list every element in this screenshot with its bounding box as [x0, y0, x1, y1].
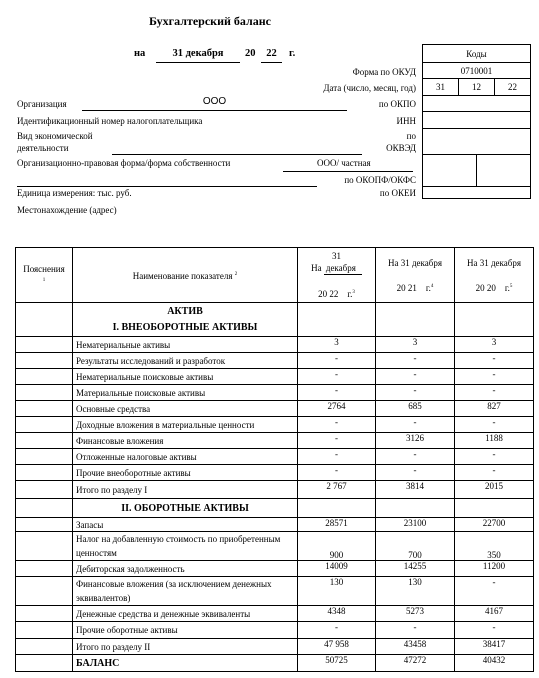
- okpo-label: по ОКПО: [379, 99, 416, 109]
- row-label: Финансовые вложения (за исключением дене…: [73, 577, 298, 606]
- table-row: Нематериальные активы333: [16, 337, 534, 353]
- col-header-2022-day: 31: [332, 251, 341, 261]
- col-header-2022-month: декабря: [324, 262, 362, 275]
- section1-title: I. ВНЕОБОРОТНЫЕ АКТИВЫ: [113, 322, 258, 333]
- okud-code[interactable]: 0710001: [423, 63, 530, 79]
- value-2021[interactable]: 685: [376, 401, 455, 417]
- table-row: Итого по разделу I2 76738142015: [16, 481, 534, 499]
- notes-cell[interactable]: [16, 481, 73, 499]
- table-row: БАЛАНС507254727240432: [16, 655, 534, 672]
- col-header-2020-label: На 31 декабря: [467, 258, 521, 268]
- value-2021[interactable]: -: [376, 385, 455, 401]
- table-row: Финансовые вложения-31261188: [16, 433, 534, 449]
- notes-cell[interactable]: [16, 417, 73, 433]
- col-header-2020: На 31 декабря 20 20 г.5: [455, 248, 534, 303]
- value-2021[interactable]: 14255: [376, 561, 455, 577]
- codes-header: Коды: [423, 45, 530, 63]
- value-2022[interactable]: 14009: [298, 561, 376, 577]
- table-row: Прочие оборотные активы---: [16, 622, 534, 639]
- okopf-okfs-row: [423, 155, 530, 187]
- value-2020[interactable]: 11200: [455, 561, 534, 577]
- table-row: Отложенные налоговые активы---: [16, 449, 534, 465]
- value-2020[interactable]: -: [455, 465, 534, 481]
- date-label: Дата (число, месяц, год): [323, 83, 416, 93]
- section-active-title: АКТИВ: [167, 306, 203, 317]
- value-2022[interactable]: -: [298, 353, 376, 369]
- table-row: Финансовые вложения (за исключением дене…: [16, 577, 534, 606]
- value-2020[interactable]: -: [455, 417, 534, 433]
- value-2020[interactable]: 22700: [455, 518, 534, 532]
- value-2021[interactable]: 3126: [376, 433, 455, 449]
- notes-cell[interactable]: [16, 518, 73, 532]
- row-label: Итого по разделу I: [73, 481, 298, 499]
- row-label: Запасы: [73, 518, 298, 532]
- col-header-name-sup: 2: [235, 272, 238, 277]
- notes-cell[interactable]: [16, 655, 73, 672]
- value-2022[interactable]: 50725: [298, 655, 376, 672]
- notes-cell[interactable]: [16, 465, 73, 481]
- table-row: Нематериальные поисковые активы---: [16, 369, 534, 385]
- row-label: Денежные средства и денежные эквиваленты: [73, 606, 298, 622]
- activity-label-line2: деятельности: [17, 143, 69, 153]
- inn-code[interactable]: [423, 112, 530, 129]
- date-day-month-underline: [156, 62, 240, 63]
- legal-form-underline-2: [17, 186, 317, 187]
- notes-cell[interactable]: [16, 337, 73, 353]
- table-row: Денежные средства и денежные эквиваленты…: [16, 606, 534, 622]
- okved-label-line2: ОКВЭД: [386, 143, 416, 153]
- date-year-underline: [261, 62, 282, 63]
- empty-cell: [455, 303, 534, 337]
- date-day-month: 31 декабря: [156, 48, 240, 59]
- row-label: БАЛАНС: [73, 655, 298, 672]
- inn-label: Идентификационный номер налогоплательщик…: [17, 116, 202, 126]
- okved-code[interactable]: [423, 129, 530, 155]
- col-header-notes-label: Пояснения: [23, 264, 65, 274]
- value-2021[interactable]: -: [376, 622, 455, 639]
- value-2020[interactable]: 40432: [455, 655, 534, 672]
- col-header-2022: 31 На декабря 20 22 г.3: [298, 248, 376, 303]
- value-2020[interactable]: 3: [455, 337, 534, 353]
- notes-cell[interactable]: [16, 606, 73, 622]
- value-2021[interactable]: 130: [376, 577, 455, 606]
- notes-cell[interactable]: [16, 353, 73, 369]
- value-2020[interactable]: 4167: [455, 606, 534, 622]
- value-2021[interactable]: -: [376, 369, 455, 385]
- row-label: Нематериальные поисковые активы: [73, 369, 298, 385]
- value-2021[interactable]: 43458: [376, 639, 455, 655]
- legal-form-field[interactable]: ООО/ частная: [317, 158, 371, 168]
- okei-code[interactable]: [423, 187, 530, 199]
- value-2022[interactable]: 2764: [298, 401, 376, 417]
- legal-form-underline: [283, 171, 413, 172]
- col-header-2020-year: 20 20: [476, 283, 496, 293]
- row-label: Налог на добавленную стоимость по приобр…: [73, 532, 298, 561]
- col-header-2021-sup: 4: [431, 284, 434, 289]
- value-2022[interactable]: -: [298, 385, 376, 401]
- date-century: 20: [245, 48, 256, 59]
- balance-table: Пояснения 1 Наименование показателя 2 31…: [15, 247, 534, 672]
- table-header-row: Пояснения 1 Наименование показателя 2 31…: [16, 248, 534, 303]
- notes-cell[interactable]: [16, 561, 73, 577]
- value-2021[interactable]: -: [376, 449, 455, 465]
- organization-field[interactable]: ООО: [82, 96, 347, 107]
- value-2020[interactable]: 38417: [455, 639, 534, 655]
- section1-header: АКТИВ I. ВНЕОБОРОТНЫЕ АКТИВЫ: [73, 303, 298, 337]
- value-2021[interactable]: -: [376, 465, 455, 481]
- value-2020[interactable]: -: [455, 622, 534, 639]
- value-2020[interactable]: -: [455, 449, 534, 465]
- value-2020[interactable]: -: [455, 577, 534, 606]
- table-row: Основные средства2764685827: [16, 401, 534, 417]
- col-header-2021-label: На 31 декабря: [388, 258, 442, 268]
- row-label: Прочие оборотные активы: [73, 622, 298, 639]
- value-2021[interactable]: 23100: [376, 518, 455, 532]
- address-label: Местонахождение (адрес): [17, 205, 117, 215]
- unit-label: Единица измерения: тыс. руб.: [17, 188, 132, 198]
- notes-cell[interactable]: [16, 577, 73, 606]
- value-2020[interactable]: -: [455, 369, 534, 385]
- col-header-2022-sup: 3: [352, 290, 355, 295]
- notes-cell[interactable]: [16, 532, 73, 561]
- value-2022[interactable]: 28571: [298, 518, 376, 532]
- value-2020[interactable]: -: [455, 385, 534, 401]
- value-2022[interactable]: -: [298, 449, 376, 465]
- table-row: Дебиторская задолженность140091425511200: [16, 561, 534, 577]
- value-2022[interactable]: -: [298, 369, 376, 385]
- value-2022[interactable]: 47 958: [298, 639, 376, 655]
- value-2022[interactable]: 3: [298, 337, 376, 353]
- okei-label: по ОКЕИ: [380, 188, 416, 198]
- organization-label: Организация: [17, 99, 67, 109]
- table-row: Налог на добавленную стоимость по приобр…: [16, 532, 534, 561]
- value-2022[interactable]: -: [298, 433, 376, 449]
- date-code-day[interactable]: 31: [423, 79, 459, 95]
- date-prefix: на: [134, 48, 145, 59]
- okud-label: Форма по ОКУД: [353, 67, 416, 77]
- section2-header-row: II. ОБОРОТНЫЕ АКТИВЫ: [16, 499, 534, 518]
- date-code-year[interactable]: 22: [495, 79, 530, 95]
- notes-cell[interactable]: [16, 449, 73, 465]
- value-2021[interactable]: 47272: [376, 655, 455, 672]
- legal-form-label: Организационно-правовая форма/форма собс…: [17, 158, 230, 168]
- okfs-code[interactable]: [477, 155, 530, 186]
- value-2022[interactable]: 900: [298, 532, 376, 561]
- row-label: Финансовые вложения: [73, 433, 298, 449]
- col-header-2020-sup: 5: [510, 284, 513, 289]
- value-2020[interactable]: 350: [455, 532, 534, 561]
- col-header-notes: Пояснения 1: [16, 248, 73, 303]
- row-label: Результаты исследований и разработок: [73, 353, 298, 369]
- value-2020[interactable]: 1188: [455, 433, 534, 449]
- okved-label-line1: по: [407, 131, 416, 141]
- col-header-name: Наименование показателя 2: [73, 248, 298, 303]
- col-header-2021-year: 20 21: [397, 283, 417, 293]
- col-header-name-label: Наименование показателя: [133, 271, 233, 281]
- date-year: 22: [261, 48, 282, 59]
- okopf-code[interactable]: [423, 155, 477, 186]
- row-label: Итого по разделу II: [73, 639, 298, 655]
- col-header-2021: На 31 декабря 20 21 г.4: [376, 248, 455, 303]
- value-2021[interactable]: 5273: [376, 606, 455, 622]
- section1-header-row: АКТИВ I. ВНЕОБОРОТНЫЕ АКТИВЫ: [16, 303, 534, 337]
- table-row: Запасы285712310022700: [16, 518, 534, 532]
- value-2022[interactable]: -: [298, 622, 376, 639]
- value-2021[interactable]: 3814: [376, 481, 455, 499]
- value-2022[interactable]: 4348: [298, 606, 376, 622]
- row-label: Материальные поисковые активы: [73, 385, 298, 401]
- value-2021[interactable]: -: [376, 417, 455, 433]
- row-label: Нематериальные активы: [73, 337, 298, 353]
- row-label: Прочие внеоборотные активы: [73, 465, 298, 481]
- notes-cell: [16, 499, 73, 518]
- organization-underline: [82, 110, 347, 111]
- col-header-2022-year: 20 22: [318, 289, 338, 299]
- notes-cell[interactable]: [16, 369, 73, 385]
- row-label: Дебиторская задолженность: [73, 561, 298, 577]
- date-code-month[interactable]: 12: [459, 79, 495, 95]
- table-row: Материальные поисковые активы---: [16, 385, 534, 401]
- empty-cell: [298, 303, 376, 337]
- empty-cell: [455, 499, 534, 518]
- value-2020[interactable]: 827: [455, 401, 534, 417]
- document-title: Бухгалтерский баланс: [0, 14, 420, 29]
- notes-cell: [16, 303, 73, 337]
- notes-cell[interactable]: [16, 385, 73, 401]
- empty-cell: [376, 303, 455, 337]
- inn-code-label: ИНН: [397, 116, 417, 126]
- okopf-okfs-label: по ОКОПФ/ОКФС: [344, 175, 416, 185]
- value-2021[interactable]: -: [376, 353, 455, 369]
- codes-box: Коды 0710001 31 12 22: [422, 44, 531, 199]
- table-row: Итого по разделу II47 9584345838417: [16, 639, 534, 655]
- col-header-2022-prefix: На: [311, 263, 322, 273]
- value-2022[interactable]: -: [298, 465, 376, 481]
- okpo-code[interactable]: [423, 96, 530, 112]
- activity-label-line1: Вид экономической: [17, 131, 93, 141]
- section2-title: II. ОБОРОТНЫЕ АКТИВЫ: [73, 499, 298, 518]
- value-2021[interactable]: 700: [376, 532, 455, 561]
- col-header-notes-sup: 1: [43, 278, 46, 283]
- row-label: Основные средства: [73, 401, 298, 417]
- notes-cell[interactable]: [16, 622, 73, 639]
- value-2020[interactable]: 2015: [455, 481, 534, 499]
- value-2020[interactable]: -: [455, 353, 534, 369]
- value-2022[interactable]: 2 767: [298, 481, 376, 499]
- value-2022[interactable]: 130: [298, 577, 376, 606]
- table-row: Прочие внеоборотные активы---: [16, 465, 534, 481]
- notes-cell[interactable]: [16, 401, 73, 417]
- notes-cell[interactable]: [16, 639, 73, 655]
- row-label: Отложенные налоговые активы: [73, 449, 298, 465]
- empty-cell: [298, 499, 376, 518]
- empty-cell: [376, 499, 455, 518]
- activity-underline: [112, 154, 362, 155]
- row-label: Доходные вложения в материальные ценност…: [73, 417, 298, 433]
- date-code-row: 31 12 22: [423, 79, 530, 96]
- table-row: Доходные вложения в материальные ценност…: [16, 417, 534, 433]
- date-suffix: г.: [289, 48, 295, 59]
- value-2022[interactable]: -: [298, 417, 376, 433]
- table-row: Результаты исследований и разработок---: [16, 353, 534, 369]
- value-2021[interactable]: 3: [376, 337, 455, 353]
- notes-cell[interactable]: [16, 433, 73, 449]
